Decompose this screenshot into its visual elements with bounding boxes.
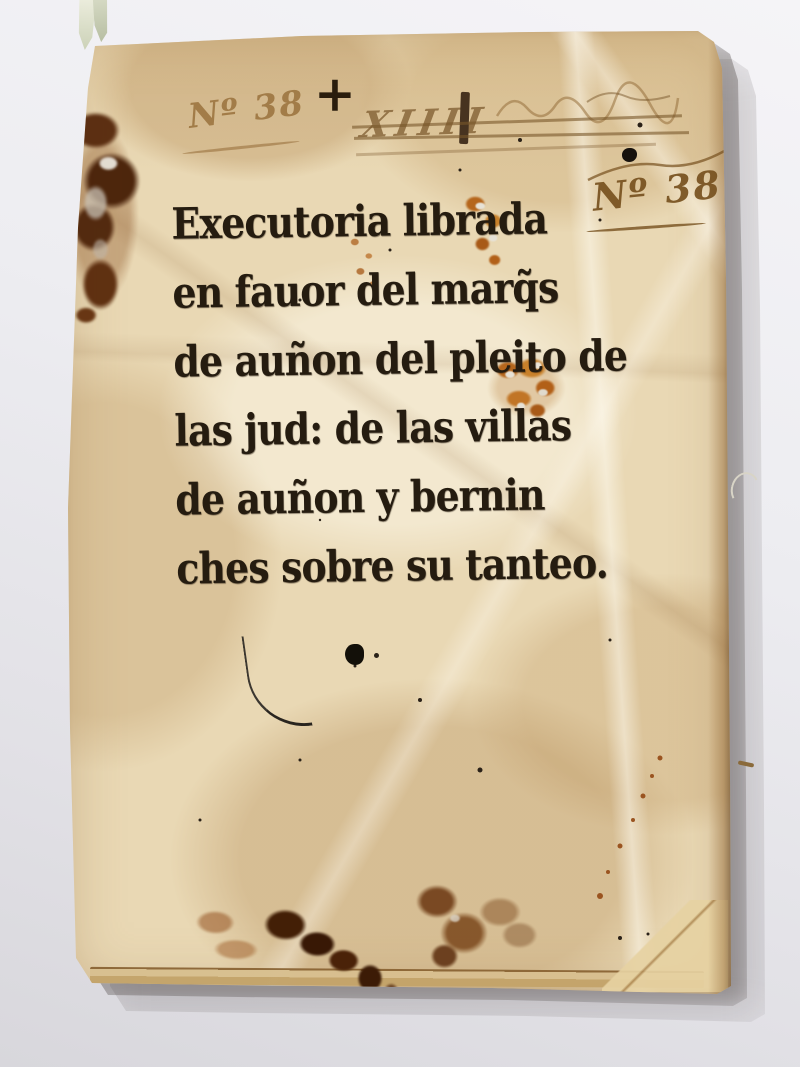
cross-mark: + [314,64,356,123]
photo-backdrop: Nº 38 + XIIII Nº 38 Executoria librada e… [0,0,800,1067]
title-line: las jud: de las villas [174,400,633,475]
cover-title: Executoria librada en fauor del marq̃s d… [171,192,697,613]
title-line: en fauor del marq̃s [172,262,631,337]
ink-blot-dot [374,653,379,658]
vellum-cover: Nº 38 + XIIII Nº 38 Executoria librada e… [62,28,734,994]
title-line: Executoria librada [171,193,630,268]
title-line: ches sobre su tanteo. [176,538,635,613]
ink-blot [345,644,364,665]
title-line: de auñon y bernin [175,469,634,544]
ribbon-tie [92,0,111,43]
title-line: de auñon del pleito de [173,331,632,406]
